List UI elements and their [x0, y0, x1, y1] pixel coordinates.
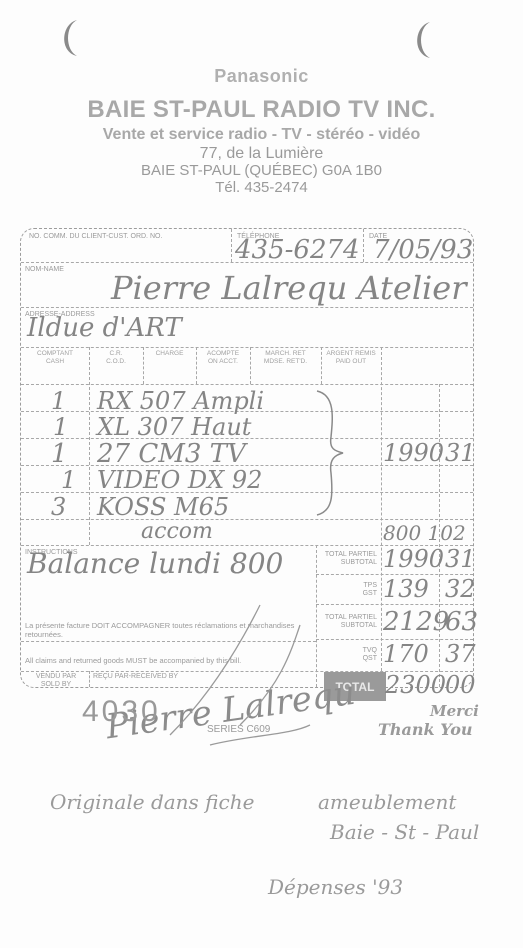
item-qty: 1 — [53, 413, 68, 441]
column-cash: COMPTANT CASH — [21, 350, 89, 366]
note-expenses: Dépenses '93 — [268, 875, 403, 899]
gst-dollars: 139 — [383, 575, 429, 603]
qst-cents: 37 — [445, 640, 476, 668]
item-description: accom — [141, 519, 213, 544]
note-original: Originale dans fiche — [50, 790, 254, 814]
telephone-value: 435-6274 — [235, 235, 360, 265]
item-qty: 3 — [51, 493, 66, 521]
item-qty: 1 — [61, 466, 76, 494]
group-amount-dollars: 1990 — [383, 439, 444, 467]
note-furniture: ameublement — [318, 790, 456, 814]
group-amount-cents: 31 — [445, 439, 476, 467]
subtotal-label: TOTAL PARTIEL SUBTOTAL — [319, 551, 377, 567]
column-merchandise-returned: MARCH. RET MDSE. RET'D. — [250, 350, 321, 366]
brand-logo: Panasonic — [0, 66, 523, 87]
subtotal2-cents: 63 — [445, 607, 478, 637]
merci-text: Merci — [430, 702, 479, 720]
instructions-note: Balance lundi 800 — [27, 547, 283, 580]
name-label: NOM-NAME — [25, 266, 64, 274]
address-street: 77, de la Lumière — [0, 145, 523, 163]
item-description: 27 CM3 TV — [97, 439, 246, 469]
qst-dollars: 170 — [383, 640, 429, 668]
total-cents: 00 — [445, 671, 476, 699]
subtotal2-dollars: 2129 — [383, 607, 449, 637]
subtotal-dollars: 1990 — [383, 545, 444, 573]
company-tagline: Vente et service radio - TV - stéréo - v… — [0, 126, 523, 144]
item-description: XL 307 Haut — [97, 413, 251, 441]
gst-cents: 32 — [445, 575, 476, 603]
column-paid-out: ARGENT REMIS PAID OUT — [321, 350, 381, 366]
date-value: 7/05/93 — [373, 235, 473, 265]
column-cod: C.R. C.O.D. — [89, 350, 143, 366]
thank-you-text: Thank You — [378, 720, 473, 739]
item-qty: 1 — [51, 387, 66, 415]
company-phone: Tél. 435-2474 — [0, 179, 523, 196]
customer-name: Pierre Lalrequ Atelier — [111, 269, 467, 307]
grouping-brace-icon — [311, 387, 351, 517]
item-description: KOSS M65 — [97, 493, 229, 521]
form-number: 4030 — [82, 695, 161, 729]
address-city: BAIE ST-PAUL (QUÉBEC) G0A 1B0 — [0, 162, 523, 179]
crescent-moon-icon — [55, 18, 81, 58]
form-series: SERIES C609 — [207, 724, 270, 735]
company-name: BAIE ST-PAUL RADIO TV INC. — [0, 96, 523, 124]
item-description: VIDEO DX 92 — [97, 466, 262, 494]
extra-amount: 800 102 — [383, 521, 466, 545]
sold-by-label: VENDU PAR SOLD BY — [23, 673, 89, 689]
item-qty: 1 — [51, 439, 68, 469]
customer-address: Ildue d'ART — [27, 313, 182, 343]
column-on-account: ACOMPTE ON ACCT. — [196, 350, 250, 366]
total-dollars: 2300 — [385, 671, 446, 699]
crescent-moon-icon — [408, 20, 434, 60]
order-number-label: NO. COMM. DU CLIENT-CUST. ORD. NO. — [29, 233, 162, 241]
subtotal-cents: 31 — [445, 545, 476, 573]
item-description: RX 507 Ampli — [97, 387, 264, 415]
column-charge: CHARGE — [143, 350, 196, 358]
note-location: Baie - St - Paul — [330, 820, 479, 844]
